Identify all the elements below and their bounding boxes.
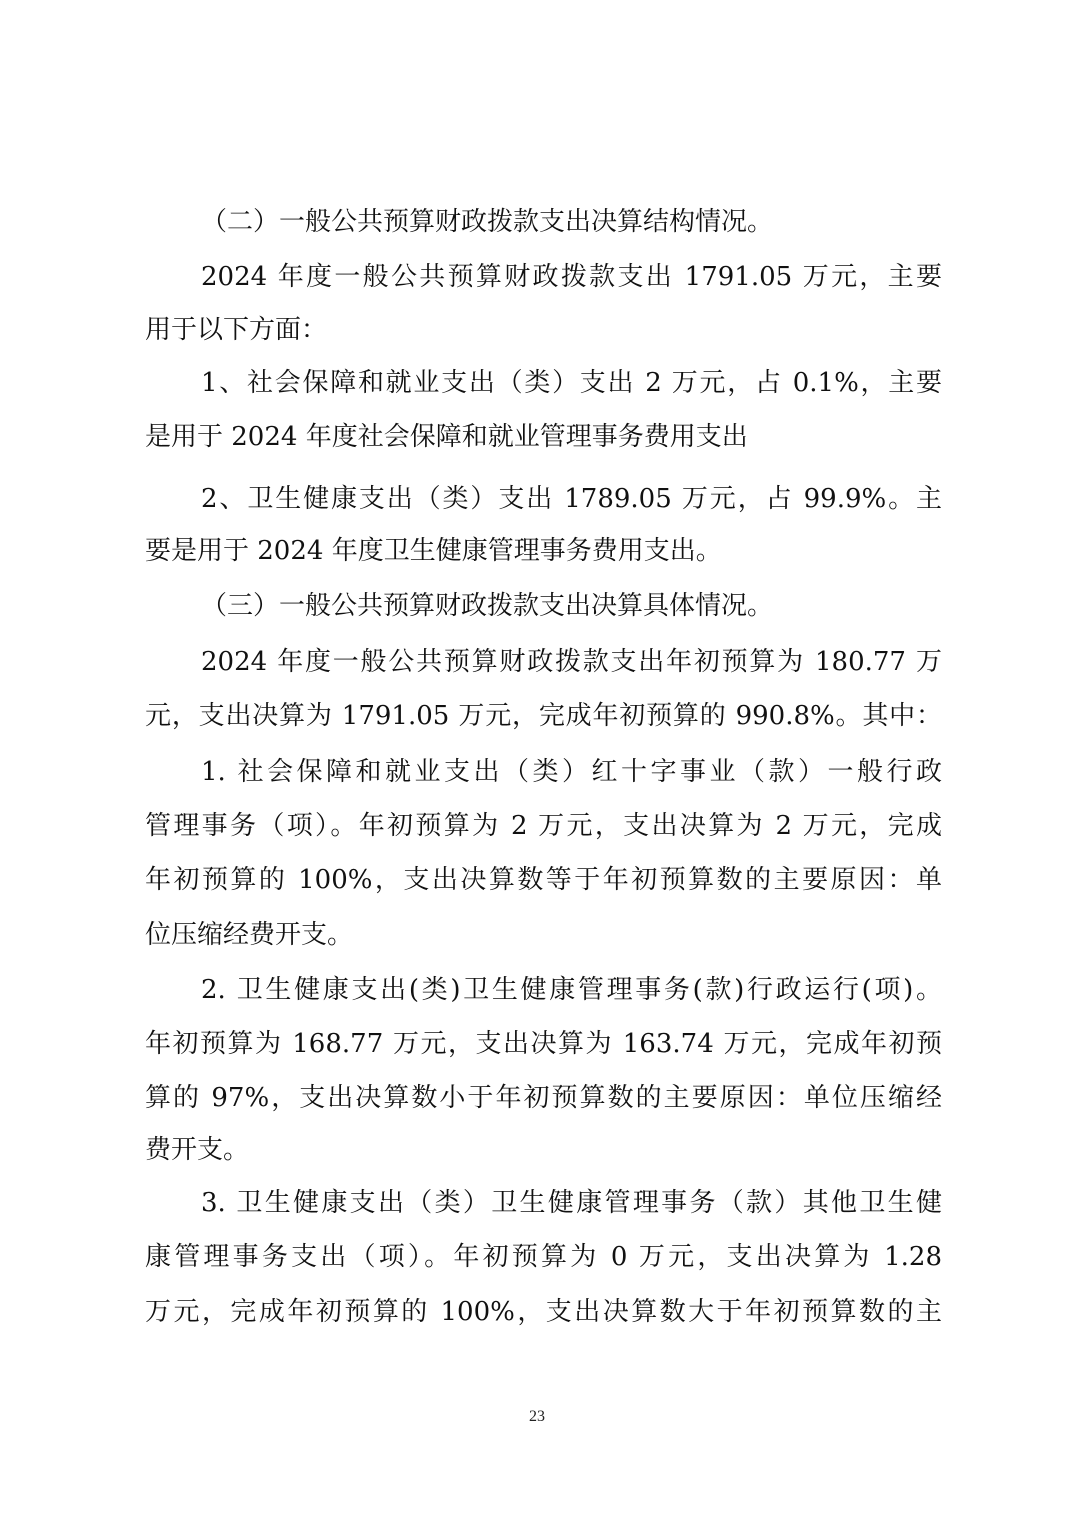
document-page: （二）一般公共预算财政拨款支出决算结构情况。 2024 年度一般公共预算财政拨款… [0, 0, 1074, 1520]
paragraph-line: 要是用于 2024 年度卫生健康管理事务费用支出。 [145, 533, 942, 569]
section-heading-structure: （二）一般公共预算财政拨款支出决算结构情况。 [201, 204, 773, 240]
paragraph-line: 算的 97%，支出决算数小于年初预算数的主要原因：单位压缩经 [145, 1080, 942, 1116]
paragraph-line: 位压缩经费开支。 [145, 917, 942, 953]
paragraph-line: 元，支出决算为 1791.05 万元，完成年初预算的 990.8%。其中： [145, 698, 942, 734]
paragraph-line: 3. 卫生健康支出（类）卫生健康管理事务（款）其他卫生健 [201, 1185, 942, 1221]
paragraph-line: 1、社会保障和就业支出（类）支出 2 万元，占 0.1%，主要 [201, 365, 942, 401]
paragraph-line: 年初预算为 168.77 万元，支出决算为 163.74 万元，完成年初预 [145, 1026, 942, 1062]
paragraph-line: 年初预算的 100%，支出决算数等于年初预算数的主要原因：单 [145, 862, 942, 898]
paragraph-line: 是用于 2024 年度社会保障和就业管理事务费用支出 [145, 419, 942, 455]
paragraph-line: 用于以下方面： [145, 312, 942, 348]
paragraph-line: 1. 社会保障和就业支出（类）红十字事业（款）一般行政 [201, 754, 942, 790]
paragraph-line: 管理事务（项）。年初预算为 2 万元，支出决算为 2 万元，完成 [145, 808, 942, 844]
paragraph-line: 2024 年度一般公共预算财政拨款支出年初预算为 180.77 万 [201, 644, 942, 680]
paragraph-line: 费开支。 [145, 1132, 942, 1168]
page-number: 23 [0, 1408, 1074, 1426]
paragraph-line: 万元，完成年初预算的 100%，支出决算数大于年初预算数的主 [145, 1294, 942, 1330]
paragraph-line: 2. 卫生健康支出(类)卫生健康管理事务(款)行政运行(项)。 [201, 972, 942, 1008]
paragraph-line: 康管理事务支出（项）。年初预算为 0 万元，支出决算为 1.28 [145, 1239, 942, 1275]
section-heading-detail: （三）一般公共预算财政拨款支出决算具体情况。 [201, 588, 773, 624]
paragraph-line: 2、卫生健康支出（类）支出 1789.05 万元，占 99.9%。主 [201, 481, 942, 517]
paragraph-line: 2024 年度一般公共预算财政拨款支出 1791.05 万元，主要 [201, 259, 942, 295]
